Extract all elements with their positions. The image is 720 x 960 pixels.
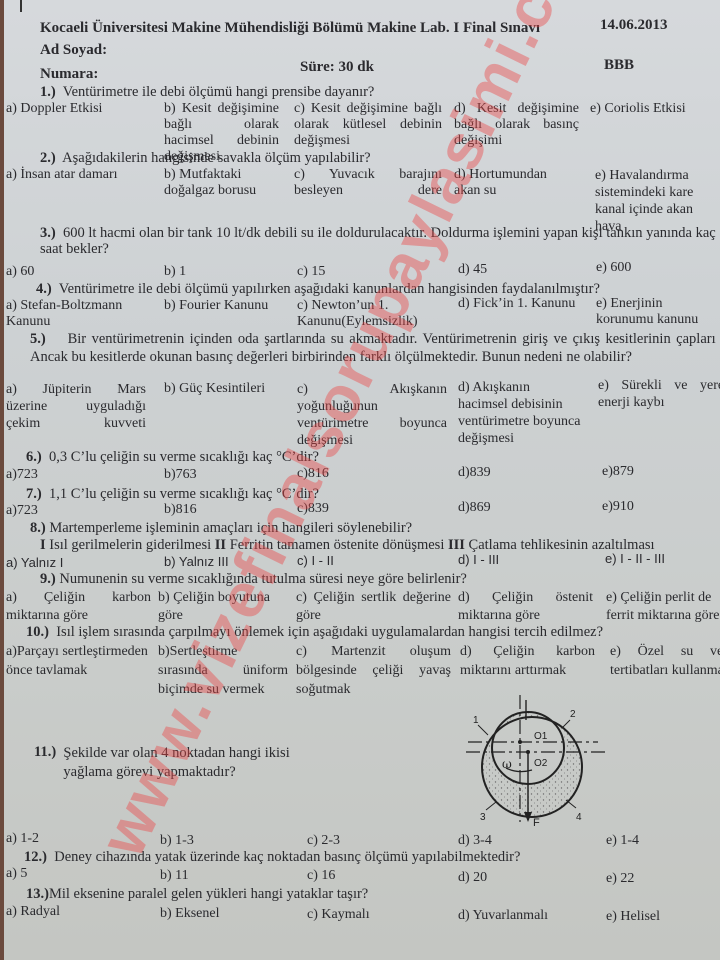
option-11b[interactable]: b) 1-3: [160, 833, 194, 849]
option-8e[interactable]: e) I - II - III: [605, 551, 665, 566]
question-2: 2.) Aşağıdakilerin hangisinde savakla öl…: [40, 150, 371, 166]
question-number: 1.): [40, 84, 56, 100]
option-1d[interactable]: d) Kesit değişimine bağlı olarak basınç …: [454, 101, 579, 149]
question-1: 1.) Ventürimetre ile debi ölçümü hangi p…: [40, 84, 374, 100]
question-text: Aşağıdakilerin hangisinde savakla ölçüm …: [62, 150, 370, 166]
center-label-o2: O2: [534, 758, 548, 769]
option-7d[interactable]: d)869: [458, 500, 491, 516]
option-6c[interactable]: c)816: [297, 466, 329, 482]
option-4c[interactable]: c) Newton’un 1. Kanunu(Eylemsizlik): [297, 298, 437, 330]
option-12e[interactable]: e) 22: [606, 871, 634, 887]
option-8b[interactable]: b) Yalnız III: [164, 554, 229, 569]
question-number: 12.): [24, 849, 47, 865]
option-10d[interactable]: d) Çeliğin karbon miktarını arttırmak: [460, 642, 595, 680]
option-8d[interactable]: d) I - III: [458, 552, 499, 567]
option-12d[interactable]: d) 20: [458, 870, 487, 886]
option-4e[interactable]: e) Enerjinin korunumu kanunu: [596, 296, 716, 328]
option-5d[interactable]: d) Akışkanın hacimsel debisinin ventürim…: [458, 379, 583, 447]
point-label-4: 4: [576, 812, 582, 823]
name-label: Ad Soyad:: [40, 42, 107, 59]
option-12b[interactable]: b) 11: [160, 868, 189, 884]
option-9a[interactable]: a) Çeliğin karbon miktarına göre: [6, 589, 151, 625]
question-12: 12.) Deney cihazında yatak üzerinde kaç …: [24, 849, 520, 865]
option-2b[interactable]: b) Mutfaktaki doğalgaz borusu: [164, 167, 279, 199]
question-8: 8.) Martemperleme işleminin amaçları içi…: [30, 520, 412, 536]
option-1a[interactable]: a) Doppler Etkisi: [6, 101, 102, 117]
question-3: 3.) 600 lt hacmi olan bir tank 10 lt/dk …: [40, 225, 720, 257]
option-5b[interactable]: b) Güç Kesintileri: [164, 381, 265, 397]
booklet-label: BBB: [604, 57, 634, 74]
option-7b[interactable]: b)816: [164, 502, 197, 518]
question-text: Mil eksenine paralel gelen yükleri hangi…: [49, 886, 368, 902]
point-label-2: 2: [570, 709, 576, 720]
question-number: 4.): [36, 281, 52, 297]
option-3b[interactable]: b) 1: [164, 264, 186, 280]
option-11c[interactable]: c) 2-3: [307, 833, 340, 849]
statement-text: Ferritin tamamen östenite dönüşmesi: [230, 537, 445, 553]
option-4d[interactable]: d) Fick’in 1. Kanunu: [458, 296, 575, 312]
question-11: 11.) Şekilde var olan 4 noktadan hangi i…: [34, 744, 313, 782]
question-text: Bir ventürimetrenin içinden oda şartları…: [30, 331, 720, 365]
option-3c[interactable]: c) 15: [297, 264, 325, 280]
option-7c[interactable]: c)839: [297, 501, 329, 517]
option-2a[interactable]: a) İnsan atar damarı: [6, 167, 118, 183]
statements-8: I Isıl gerilmelerin giderilmesi II Ferri…: [40, 537, 655, 553]
question-number: 13.): [26, 886, 49, 902]
option-9d[interactable]: d) Çeliğin östenit miktarına göre: [458, 589, 593, 625]
question-text: 600 lt hacmi olan bir tank 10 lt/dk debi…: [40, 225, 716, 257]
option-9c[interactable]: c) Çeliğin sertlik değerine göre: [296, 589, 451, 625]
option-13d[interactable]: d) Yuvarlanmalı: [458, 908, 548, 924]
option-5e[interactable]: e) Sürekli ve yerel enerji kaybı: [598, 377, 720, 411]
statement-text: Isıl gerilmelerin giderilmesi: [49, 537, 211, 553]
question-7: 7.) 1,1 C’lu çeliğin su verme sıcaklığı …: [26, 486, 319, 502]
question-number: 2.): [40, 150, 56, 166]
question-number: 10.): [26, 624, 49, 640]
option-12a[interactable]: a) 5: [6, 866, 27, 882]
exam-sheet: Kocaeli Üniversitesi Makine Mühendisliği…: [0, 0, 720, 960]
omega-label: ω: [502, 757, 512, 771]
question-9: 9.) Numunenin su verme sıcaklığında tutu…: [40, 571, 467, 587]
question-10: 10.) Isıl işlem sırasında çarpılmayı önl…: [26, 624, 603, 640]
option-6b[interactable]: b)763: [164, 467, 197, 483]
option-7e[interactable]: e)910: [602, 499, 634, 515]
question-text: 0,3 C’lu çeliğin su verme sıcaklığı kaç …: [49, 449, 319, 465]
question-5: 5.) Bir ventürimetrenin içinden oda şart…: [30, 330, 720, 366]
option-8c[interactable]: c) I - II: [297, 553, 334, 568]
question-number: 3.): [40, 225, 56, 241]
question-number: 8.): [30, 520, 46, 536]
option-4a[interactable]: a) Stefan-Boltzmann Kanunu: [6, 298, 156, 330]
question-text: Numunenin su verme sıcaklığında tutulma …: [59, 571, 467, 587]
point-label-1: 1: [473, 715, 479, 726]
option-5a[interactable]: a) Jüpiterin Mars üzerine uyguladığı çek…: [6, 381, 146, 432]
statement-roman: III: [448, 537, 465, 553]
option-1e[interactable]: e) Coriolis Etkisi: [590, 101, 686, 117]
option-9b[interactable]: b) Çeliğin boyutuna göre: [158, 589, 288, 625]
option-6a[interactable]: a)723: [6, 467, 38, 483]
option-5c[interactable]: c) Akışkanın yoğunluğunun ventürimetre b…: [297, 381, 447, 449]
exam-title: Kocaeli Üniversitesi Makine Mühendisliği…: [40, 20, 540, 37]
question-text: Ventürimetre ile debi ölçümü hangi prens…: [63, 84, 375, 100]
force-label: F: [533, 817, 540, 829]
point-label-3: 3: [480, 812, 486, 823]
question-text: Ventürimetre ile debi ölçümü yapılırken …: [59, 281, 600, 297]
number-label: Numara:: [40, 66, 98, 83]
statement-roman: I: [40, 537, 46, 553]
exam-date: 14.06.2013: [600, 17, 668, 34]
question-text: Martemperleme işleminin amaçları için ha…: [49, 520, 412, 536]
question-13: 13.)Mil eksenine paralel gelen yükleri h…: [26, 886, 368, 902]
option-11a[interactable]: a) 1-2: [6, 831, 39, 847]
question-number: 7.): [26, 486, 42, 502]
option-6d[interactable]: d)839: [458, 465, 491, 481]
center-label-o1: O1: [534, 731, 548, 742]
question-number: 11.): [34, 744, 56, 760]
option-4b[interactable]: b) Fourier Kanunu: [164, 298, 268, 314]
option-13a[interactable]: a) Radyal: [6, 904, 60, 920]
option-11d[interactable]: d) 3-4: [458, 833, 492, 849]
option-13c[interactable]: c) Kaymalı: [307, 907, 370, 923]
option-9e[interactable]: e) Çeliğin perlit de ferrit miktarına gö…: [606, 589, 720, 625]
option-13b[interactable]: b) Eksenel: [160, 906, 219, 922]
question-text: Deney cihazında yatak üzerinde kaç nokta…: [54, 849, 520, 865]
option-6e[interactable]: e)879: [602, 464, 634, 480]
option-2c[interactable]: c) Yuvacık barajını besleyen dere: [294, 167, 442, 199]
option-2d[interactable]: d) Hortumundan akan su: [454, 167, 564, 199]
option-10e[interactable]: e) Özel su verme tertibatları kullanmak: [610, 642, 720, 680]
duration-label: Süre: 30 dk: [300, 59, 374, 76]
option-1c[interactable]: c) Kesit değişimine bağlı olarak kütlese…: [294, 101, 442, 149]
question-text: 1,1 C’lu çeliğin su verme sıcaklığı kaç …: [49, 486, 319, 502]
question-number: 9.): [40, 571, 56, 587]
option-7a[interactable]: a)723: [6, 503, 38, 519]
option-3a[interactable]: a) 60: [6, 264, 34, 280]
option-10b[interactable]: b)Sertleştirme sırasında üniform biçimde…: [158, 642, 288, 699]
option-13e[interactable]: e) Helisel: [606, 909, 660, 925]
question-number: 5.): [30, 331, 46, 347]
question-number: 6.): [26, 449, 42, 465]
option-3d[interactable]: d) 45: [458, 262, 487, 278]
option-8a[interactable]: a) Yalnız I: [6, 555, 63, 570]
option-10a[interactable]: a)Parçayı sertleştirmeden önce tavlamak: [6, 642, 156, 680]
option-10c[interactable]: c) Martenzit oluşum bölgesinde çeliği ya…: [296, 642, 451, 699]
question-text: Isıl işlem sırasında çarpılmayı önlemek …: [56, 624, 603, 640]
question-6: 6.) 0,3 C’lu çeliğin su verme sıcaklığı …: [26, 449, 319, 465]
question-4: 4.) Ventürimetre ile debi ölçümü yapılır…: [36, 281, 600, 297]
question-text: Şekilde var olan 4 noktadan hangi ikisi …: [63, 744, 313, 782]
option-3e[interactable]: e) 600: [596, 260, 631, 276]
option-12c[interactable]: c) 16: [307, 868, 335, 884]
statement-roman: II: [215, 537, 226, 553]
journal-bearing-figure: 1 2 3 4 O1 O2 ω F: [458, 690, 618, 830]
option-11e[interactable]: e) 1-4: [606, 833, 639, 849]
